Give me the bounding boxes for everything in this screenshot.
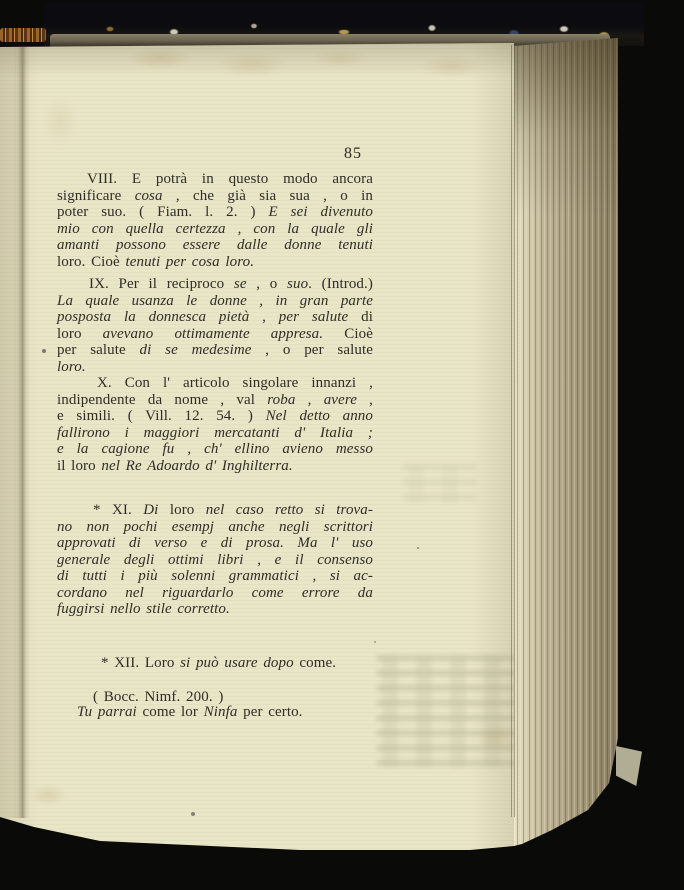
ink-specks xyxy=(0,0,2,2)
italic-text: posposta la donnesca pietà , per salute xyxy=(57,309,348,325)
roman-text: loro. Cioè xyxy=(57,254,125,270)
text-line: La quale usanza le donne , in gran parte xyxy=(57,293,373,310)
text-line: loro. Cioè tenuti per cosa loro. xyxy=(57,254,373,271)
text-line: VIII. E potrà in questo modo ancora xyxy=(57,171,373,188)
text-line: indipendente da nome , val roba , avere … xyxy=(57,392,373,409)
roman-text: loro xyxy=(158,502,205,518)
show-through-text xyxy=(376,655,516,767)
roman-text: e simili. ( Vill. 12. 54. ) xyxy=(57,408,266,424)
text-line: no non pochi esempj anche negli scrittor… xyxy=(57,519,373,536)
italic-text: e la cagione fu , ch' ellino avieno mess… xyxy=(57,441,373,457)
roman-text: significare xyxy=(57,188,135,204)
roman-text: * XII. Loro xyxy=(101,655,180,671)
italic-text: La quale usanza le donne , in gran parte xyxy=(57,293,373,309)
text-line: e simili. ( Vill. 12. 54. ) Nel detto an… xyxy=(57,408,373,425)
italic-text: cordano nel riguardarlo come errore da xyxy=(57,585,373,601)
italic-text: fallirono i maggiori mercatanti d' Itali… xyxy=(57,425,373,441)
gutter-crease-shadow xyxy=(14,46,30,818)
text-line: loro. xyxy=(57,359,373,376)
italic-text: generale degli ottimi libri , e il conse… xyxy=(57,552,373,568)
italic-text: fuggirsi nello stile corretto. xyxy=(57,601,230,617)
text-line: cordano nel riguardarlo come errore da xyxy=(57,585,373,602)
roman-text: Cioè xyxy=(323,326,373,342)
spine-headband xyxy=(0,28,46,42)
text-line: per salute di se medesime , o per salute xyxy=(57,342,373,359)
roman-text: , che già sia sua , o in xyxy=(163,188,373,204)
italic-text: di se medesime xyxy=(140,342,252,358)
text-line: * XI. Di loro nel caso retto si trova- xyxy=(57,502,373,519)
text-line: Tu parrai come lor Ninfa per certo. xyxy=(57,704,373,721)
text-line: posposta la donnesca pietà , per salute … xyxy=(57,309,373,326)
italic-text: Di xyxy=(143,502,158,518)
roman-text: ( Bocc. Nimf. 200. ) xyxy=(93,689,223,705)
text-line: amanti possono essere dalle donne tenuti xyxy=(57,237,373,254)
italic-text: suo xyxy=(287,276,308,292)
text-line: fuggirsi nello stile corretto. xyxy=(57,601,373,618)
paragraph-xii: * XII. Loro si può usare dopo come. xyxy=(57,655,373,672)
cover-inner-corner xyxy=(616,746,642,786)
paragraph-viii: VIII. E potrà in questo modo ancorasigni… xyxy=(57,171,373,270)
roman-text: di xyxy=(348,309,373,325)
text-line: approvati di verso e di prosa. Ma l' uso xyxy=(57,535,373,552)
roman-text: X. Con l' articolo singolare innanzi , xyxy=(97,375,373,391)
italic-text: mio con quella certezza , con la quale g… xyxy=(57,221,373,237)
italic-text: amanti possono essere dalle donne tenuti xyxy=(57,237,373,253)
italic-text: E sei divenuto xyxy=(269,204,374,220)
italic-text: Ninfa xyxy=(204,704,238,720)
italic-text: avevano ottimamente appresa. xyxy=(103,326,323,342)
italic-text: avere xyxy=(324,392,357,408)
italic-text: no non pochi esempj anche negli scrittor… xyxy=(57,519,373,535)
roman-text: * XI. xyxy=(93,502,143,518)
fore-edge-inner-line xyxy=(511,45,517,817)
roman-text: indipendente da nome , val xyxy=(57,392,267,408)
italic-text: si può usare dopo xyxy=(180,655,294,671)
text-line: poter suo. ( Fiam. l. 2. ) E sei divenut… xyxy=(57,204,373,221)
paragraph-xi: * XI. Di loro nel caso retto si trova-no… xyxy=(57,502,373,618)
text-line: di tutti i più solenni grammatici , si a… xyxy=(57,568,373,585)
italic-text: Nel detto anno xyxy=(266,408,373,424)
fore-edge-page-stack xyxy=(514,38,618,850)
italic-text: cosa xyxy=(135,188,163,204)
italic-text: se xyxy=(234,276,247,292)
roman-text: poter suo. ( Fiam. l. 2. ) xyxy=(57,204,269,220)
italic-text: roba xyxy=(267,392,295,408)
roman-text: il loro xyxy=(57,458,101,474)
text-line: X. Con l' articolo singolare innanzi , xyxy=(57,375,373,392)
roman-text: per certo. xyxy=(237,704,302,720)
text-line: generale degli ottimi libri , e il conse… xyxy=(57,552,373,569)
text-line: e la cagione fu , ch' ellino avieno mess… xyxy=(57,441,373,458)
paragraph-ix: IX. Per il reciproco se , o suo. (Introd… xyxy=(57,276,373,375)
text-line: * XII. Loro si può usare dopo come. xyxy=(57,655,373,672)
text-line: IX. Per il reciproco se , o suo. (Introd… xyxy=(57,276,373,293)
text-line: significare cosa , che già sia sua , o i… xyxy=(57,188,373,205)
roman-text: . (Introd.) xyxy=(308,276,373,292)
page-number: 85 xyxy=(344,145,362,163)
italic-text: approvati di verso e di prosa. Ma l' uso xyxy=(57,535,373,551)
italic-text: Tu parrai xyxy=(77,704,137,720)
roman-text: , xyxy=(357,392,373,408)
roman-text: VIII. E potrà in questo modo ancora xyxy=(87,171,373,187)
paragraph-x: X. Con l' articolo singolare innanzi ,in… xyxy=(57,375,373,474)
roman-text: , o per salute xyxy=(252,342,373,358)
italic-text: tenuti per cosa loro. xyxy=(125,254,254,270)
roman-text: loro xyxy=(57,326,103,342)
italic-text: nel Re Adoardo d' Inghilterra. xyxy=(101,458,292,474)
italic-text: di tutti i più solenni grammatici , si a… xyxy=(57,568,373,584)
roman-text: IX. Per il reciproco xyxy=(89,276,234,292)
text-line: mio con quella certezza , con la quale g… xyxy=(57,221,373,238)
italic-text: nel caso retto si trova- xyxy=(206,502,373,518)
text-line: loro avevano ottimamente appresa. Cioè xyxy=(57,326,373,343)
citation-verse: Tu parrai come lor Ninfa per certo. xyxy=(57,704,373,721)
text-line: il loro nel Re Adoardo d' Inghilterra. xyxy=(57,458,373,475)
roman-text: come lor xyxy=(137,704,204,720)
roman-text: per salute xyxy=(57,342,140,358)
roman-text: , o xyxy=(247,276,287,292)
roman-text: come. xyxy=(294,655,336,671)
show-through-text xyxy=(402,464,476,504)
italic-text: loro. xyxy=(57,359,86,375)
text-line: fallirono i maggiori mercatanti d' Itali… xyxy=(57,425,373,442)
roman-text: , xyxy=(295,392,323,408)
book-photo: 85 VIII. E potrà in questo modo ancorasi… xyxy=(0,0,684,890)
